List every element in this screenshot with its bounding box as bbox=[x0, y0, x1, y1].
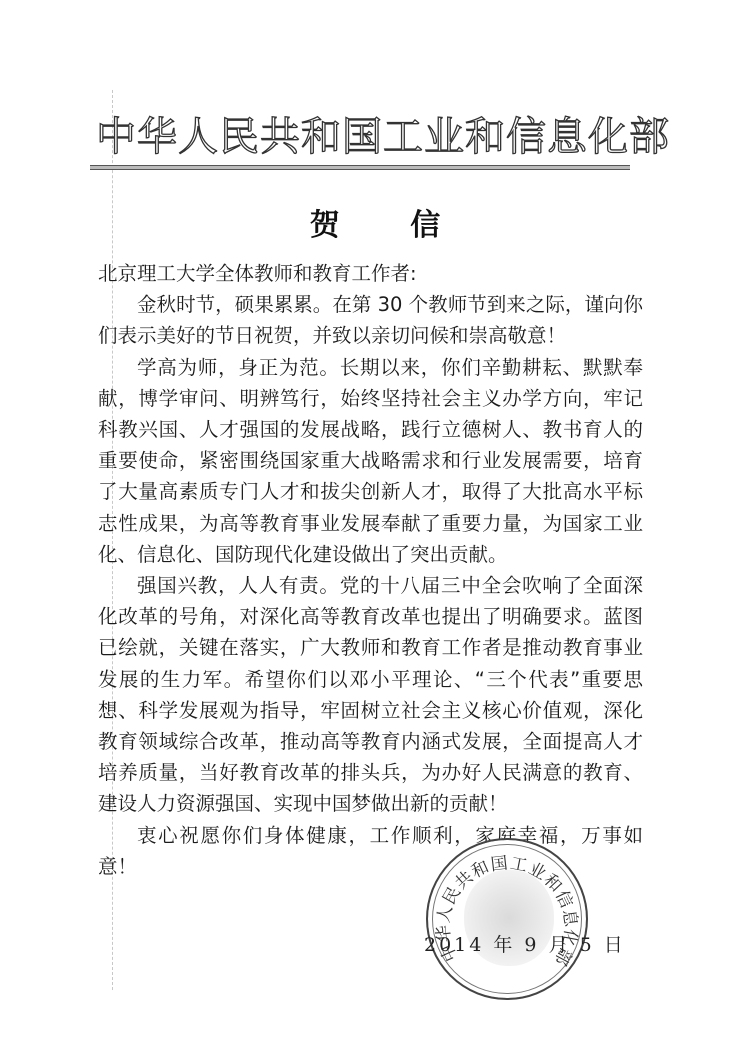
letter-date: 2014 年 9 月 5 日 bbox=[424, 930, 626, 957]
paragraph-expectations: 强国兴教，人人有责。党的十八届三中全会吹响了全面深化改革的号角，对深化高等教育改… bbox=[98, 570, 643, 820]
letter-body: 北京理工大学全体教师和教育工作者: 金秋时节，硕果累累。在第 30 个教师节到来… bbox=[98, 258, 643, 882]
letterhead-divider bbox=[90, 165, 630, 170]
seal-ring-text: 中华人民共和国工业和信息化部 bbox=[428, 840, 586, 998]
paragraph-achievements: 学高为师，身正为范。长期以来，你们辛勤耕耘、默默奉献，博学审问、明辨笃行，始终坚… bbox=[98, 352, 643, 570]
document-title: 贺 信 bbox=[0, 200, 750, 244]
official-seal: 中华人民共和国工业和信息化部 bbox=[426, 838, 588, 1000]
salutation: 北京理工大学全体教师和教育工作者: bbox=[98, 258, 643, 289]
letter-page: 中华人民共和国工业和信息化部 贺 信 北京理工大学全体教师和教育工作者: 金秋时… bbox=[0, 0, 750, 1060]
letterhead-organization: 中华人民共和国工业和信息化部 bbox=[96, 112, 636, 162]
paragraph-greeting: 金秋时节，硕果累累。在第 30 个教师节到来之际，谨向你们表示美好的节日祝贺，并… bbox=[98, 289, 643, 351]
